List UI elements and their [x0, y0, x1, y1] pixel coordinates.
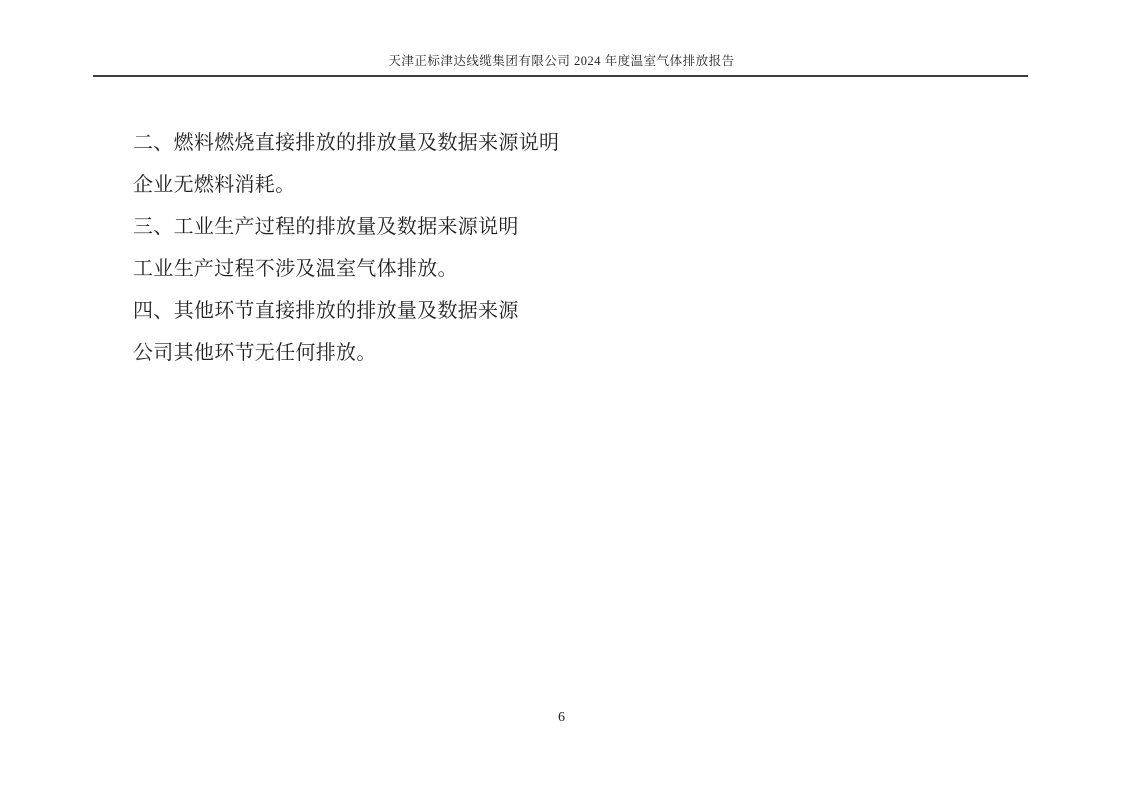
- section-heading-3: 三、工业生产过程的排放量及数据来源说明: [133, 206, 1033, 248]
- page-header-title: 天津正标津达线缆集团有限公司 2024 年度温室气体排放报告: [0, 51, 1123, 69]
- document-page: 天津正标津达线缆集团有限公司 2024 年度温室气体排放报告 二、燃料燃烧直接排…: [0, 0, 1123, 794]
- section-heading-4: 四、其他环节直接排放的排放量及数据来源: [133, 290, 1033, 332]
- document-body: 二、燃料燃烧直接排放的排放量及数据来源说明 企业无燃料消耗。 三、工业生产过程的…: [133, 122, 1033, 374]
- page-number: 6: [0, 710, 1123, 726]
- section-4-text: 公司其他环节无任何排放。: [133, 332, 1033, 374]
- section-3-text: 工业生产过程不涉及温室气体排放。: [133, 248, 1033, 290]
- section-2-text: 企业无燃料消耗。: [133, 164, 1033, 206]
- section-heading-2: 二、燃料燃烧直接排放的排放量及数据来源说明: [133, 122, 1033, 164]
- header-rule-divider: [93, 75, 1028, 77]
